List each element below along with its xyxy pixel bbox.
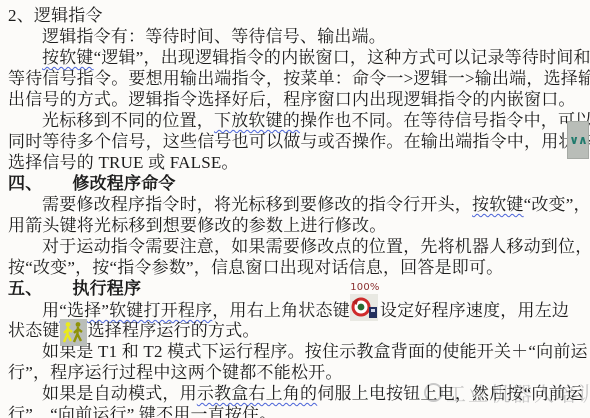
section-number: 五、 [8, 279, 42, 298]
text-run: 对于运动指令需要注意，如果需要修改点的位置，先将机器人移动到位， [42, 237, 590, 256]
run-mode-status-key-icon [60, 320, 88, 340]
misspelling-marked-text: 按软键 [472, 195, 524, 214]
misspelling-marked-text: “选择”软键打开程序 [59, 301, 212, 320]
misspelling-marked-text: 下放软键的 [214, 111, 300, 130]
doc-line: 对于运动指令需要注意，如果需要修改点的位置，先将机器人移动到位， [8, 236, 585, 257]
text-run: 设定好程序速度，用左边 [380, 301, 569, 320]
text-run: 同时等待多个信号，这些信号也可以做与或否操作。在输出端指令中，用状态键 [8, 132, 590, 151]
doc-line: 按“改变”，按“指令参数”，信息窗口出现对话信息，回答是即可。 [8, 257, 585, 278]
doc-line: 2、逻辑指令 [8, 5, 585, 26]
text-run: 如果是 T1 和 T2 模式下运行程序。按住示教盒背面的使能开关＋“向前运 [42, 342, 588, 361]
speed-override-status-key-icon: 100% [350, 299, 380, 319]
text-run: 行”，“向前运行” [8, 405, 139, 418]
doc-line: 等待信号指令。要想用输出端指令，按菜单：命令一>逻辑一>输出端，选择输 [8, 68, 585, 89]
text-run: 需要修改程序指令时，将光标移到要修改的指令行开头， [42, 195, 472, 214]
text-run: 如果是自动模式，用 [42, 384, 197, 403]
speed-override-graphic: 100% [350, 282, 380, 324]
doc-line: 行”，“向前运行” 键不用一直按住。 [8, 404, 585, 418]
override-percent-label: 100% [350, 282, 380, 294]
override-dial-icon [350, 294, 378, 321]
text-run: 伺服上电按钮上电，然后按“向前运 [317, 384, 583, 403]
doc-line: 逻辑指令有：等待时间、等待信号、输出端。 [8, 26, 585, 47]
doc-line: 出信号的方式。逻辑指令选择好后，程序窗口内出现逻辑指令的内嵌窗口。 [8, 89, 585, 110]
text-run: 2、逻辑指令 [8, 6, 103, 25]
doc-line: 需要修改程序指令时，将光标移到要修改的指令行开头，按软键“改变”， [8, 194, 585, 215]
doc-line: 光标移到不同的位置，下放软键的操作也不同。在等待信号指令中，可以 [8, 110, 585, 131]
doc-line: 如果是自动模式，用示教盒右上角的伺服上电按钮上电，然后按“向前运 [8, 383, 585, 404]
misspelling-marked-text: 键不用一直按住。 [139, 405, 277, 418]
text-run: 用箭头键将光标移到想要修改的参数上进行修改。 [8, 216, 386, 235]
section-heading: 五、执行程序 [8, 278, 585, 299]
text-run: 逻辑指令有：等待时间、等待信号、输出端。 [42, 27, 386, 46]
section-number: 四、 [8, 174, 42, 193]
text-run: “改变”， [524, 195, 590, 214]
doc-line: 选择信号的 TRUE 或 FALSE。 [8, 152, 585, 173]
text-run: “逻辑”，出现逻辑指令的内嵌窗口，这种方式可以记录等待时间和 [94, 48, 590, 67]
doc-line: 用“选择”软键打开程序，用右上角状态键100%设定好程序速度，用左边 [8, 299, 585, 320]
scanned-manual-page: 工业机器人培训 2、逻辑指令逻辑指令有：等待时间、等待信号、输出端。按软键“逻辑… [0, 0, 590, 418]
doc-body: 2、逻辑指令逻辑指令有：等待时间、等待信号、输出端。按软键“逻辑”，出现逻辑指令… [8, 5, 585, 418]
text-run: 用 [42, 301, 59, 320]
text-run: 光标移到不同的位置， [42, 111, 214, 130]
text-run: 按“改变”，按“指令参数”，信息窗口出现对话信息，回答是即可。 [8, 258, 503, 277]
doc-line: 状态键选择程序运行的方式。 [8, 320, 585, 341]
text-run: ，用右上角状态键 [212, 301, 350, 320]
doc-line: 如果是 T1 和 T2 模式下运行程序。按住示教盒背面的使能开关＋“向前运 [8, 341, 585, 362]
text-run: 选择信号的 TRUE 或 FALSE。 [8, 153, 239, 172]
updown-glyph: ∨∧ [569, 133, 587, 147]
doc-line: 行”，程序运行过程中这两个键都不能松开。 [8, 362, 585, 383]
section-title: 修改程序命令 [72, 174, 175, 193]
text-run: 状态键 [8, 321, 60, 340]
doc-line: 同时等待多个信号，这些信号也可以做与或否操作。在输出端指令中，用状态键 [8, 131, 585, 152]
text-run: 行”，程序运行过程中这两个键都不能松开。 [8, 363, 343, 382]
walking-figures-icon [60, 319, 87, 346]
doc-line: 按软键“逻辑”，出现逻辑指令的内嵌窗口，这种方式可以记录等待时间和 [8, 47, 585, 68]
status-key-toggle-icon: ∨∧ [567, 121, 589, 159]
text-run: 等待信号指令。要想用输出端指令，按菜单：命令一>逻辑一>输出端，选择输 [8, 69, 590, 88]
doc-line: 用箭头键将光标移到想要修改的参数上进行修改。 [8, 215, 585, 236]
section-heading: 四、修改程序命令 [8, 173, 585, 194]
section-title: 执行程序 [72, 279, 141, 298]
text-run: 操作也不同。在等待信号指令中，可以 [300, 111, 590, 130]
misspelling-marked-text: 示教盒右上角的 [197, 384, 317, 403]
text-run: 出信号的方式。逻辑指令选择好后，程序窗口内出现逻辑指令的内嵌窗口。 [8, 90, 576, 109]
text-run: 选择程序运行的方式。 [88, 321, 260, 340]
misspelling-marked-text: 按软键 [42, 48, 94, 67]
